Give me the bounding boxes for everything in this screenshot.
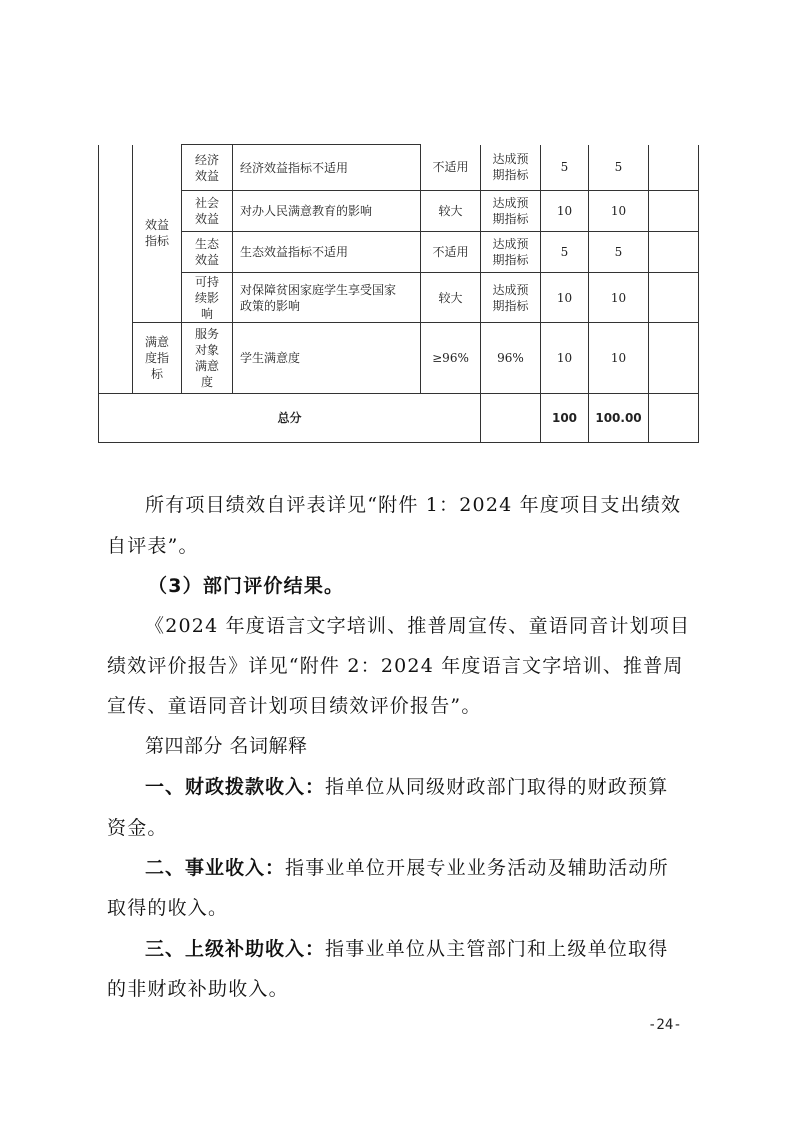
indicator-cell: 学生满意度 — [233, 323, 421, 394]
group-cell-satisfaction: 满意 度指 标 — [133, 323, 182, 394]
sub-cell: 经济 效益 — [182, 145, 233, 191]
score-cell: 5 — [589, 145, 649, 191]
total-note-cell — [649, 394, 699, 443]
actual-cell: 达成预 期指标 — [481, 273, 541, 323]
total-score: 100.00 — [589, 394, 649, 443]
table-row: 社会 效益 对办人民满意教育的影响 较大 达成预 期指标 10 10 — [99, 191, 699, 232]
indicator-cell: 生态效益指标不适用 — [233, 232, 421, 273]
definition-term: 三、上级补助收入： — [145, 938, 325, 960]
paragraph-line: 宣传、童语同音计划项目绩效评价报告”。 — [107, 696, 482, 716]
actual-cell: 达成预 期指标 — [481, 232, 541, 273]
sub-cell: 社会 效益 — [182, 191, 233, 232]
note-cell — [649, 273, 699, 323]
paragraph-line: 《2024 年度语言文字培训、推普周宣传、童语同音计划项目 — [145, 616, 690, 636]
note-cell — [649, 232, 699, 273]
actual-cell: 达成预 期指标 — [481, 191, 541, 232]
target-cell: 较大 — [421, 273, 481, 323]
definition-line: 一、财政拨款收入：指单位从同级财政部门取得的财政预算 — [145, 777, 668, 797]
table-row: 可持 续影 响 对保障贫困家庭学生享受国家 政策的影响 较大 达成预 期指标 1… — [99, 273, 699, 323]
paragraph-line: 所有项目绩效自评表详见“附件 1：2024 年度项目支出绩效 — [145, 495, 681, 515]
total-label: 总分 — [99, 394, 481, 443]
definition-term: 二、事业收入： — [145, 857, 285, 879]
target-cell: ≥96% — [421, 323, 481, 394]
sub-cell: 生态 效益 — [182, 232, 233, 273]
definition-line: 三、上级补助收入：指事业单位从主管部门和上级单位取得 — [145, 939, 668, 959]
paragraph-line: 自评表”。 — [107, 536, 199, 556]
weight-cell: 5 — [541, 145, 589, 191]
table-row: 效益 指标 经济 效益 经济效益指标不适用 不适用 达成预 期指标 5 5 — [99, 145, 699, 191]
sub-cell: 可持 续影 响 — [182, 273, 233, 323]
outer-category-cell — [99, 145, 133, 394]
actual-cell: 96% — [481, 323, 541, 394]
group-cell-benefit: 效益 指标 — [133, 145, 182, 323]
definition-line: 二、事业收入：指事业单位开展专业业务活动及辅助活动所 — [145, 858, 669, 878]
note-cell — [649, 191, 699, 232]
total-actual-cell — [481, 394, 541, 443]
sub-cell: 服务 对象 满意 度 — [182, 323, 233, 394]
note-cell — [649, 323, 699, 394]
definition-line: 的非财政补助收入。 — [107, 979, 289, 999]
note-cell — [649, 145, 699, 191]
weight-cell: 10 — [541, 273, 589, 323]
score-cell: 10 — [589, 191, 649, 232]
weight-cell: 10 — [541, 191, 589, 232]
target-cell: 不适用 — [421, 232, 481, 273]
score-cell: 5 — [589, 232, 649, 273]
target-cell: 较大 — [421, 191, 481, 232]
definition-line: 取得的收入。 — [107, 898, 228, 918]
score-cell: 10 — [589, 323, 649, 394]
target-cell: 不适用 — [421, 145, 481, 191]
part-title: 第四部分 名词解释 — [145, 736, 308, 756]
table-row: 生态 效益 生态效益指标不适用 不适用 达成预 期指标 5 5 — [99, 232, 699, 273]
definition-term: 一、财政拨款收入： — [145, 776, 325, 798]
document-page: 效益 指标 经济 效益 经济效益指标不适用 不适用 达成预 期指标 5 5 社会… — [0, 0, 793, 1122]
total-weight: 100 — [541, 394, 589, 443]
score-cell: 10 — [589, 273, 649, 323]
section-heading: （3）部门评价结果。 — [148, 576, 344, 596]
actual-cell: 达成预 期指标 — [481, 145, 541, 191]
indicator-cell: 经济效益指标不适用 — [233, 145, 421, 191]
weight-cell: 10 — [541, 323, 589, 394]
total-row: 总分 100 100.00 — [99, 394, 699, 443]
weight-cell: 5 — [541, 232, 589, 273]
indicator-cell: 对保障贫困家庭学生享受国家 政策的影响 — [233, 273, 421, 323]
indicator-cell: 对办人民满意教育的影响 — [233, 191, 421, 232]
page-number: -24- — [648, 1017, 682, 1033]
paragraph-line: 绩效评价报告》详见“附件 2：2024 年度语言文字培训、推普周 — [107, 656, 684, 676]
definition-line: 资金。 — [107, 818, 168, 838]
performance-table: 效益 指标 经济 效益 经济效益指标不适用 不适用 达成预 期指标 5 5 社会… — [98, 144, 699, 443]
table-row: 满意 度指 标 服务 对象 满意 度 学生满意度 ≥96% 96% 10 10 — [99, 323, 699, 394]
